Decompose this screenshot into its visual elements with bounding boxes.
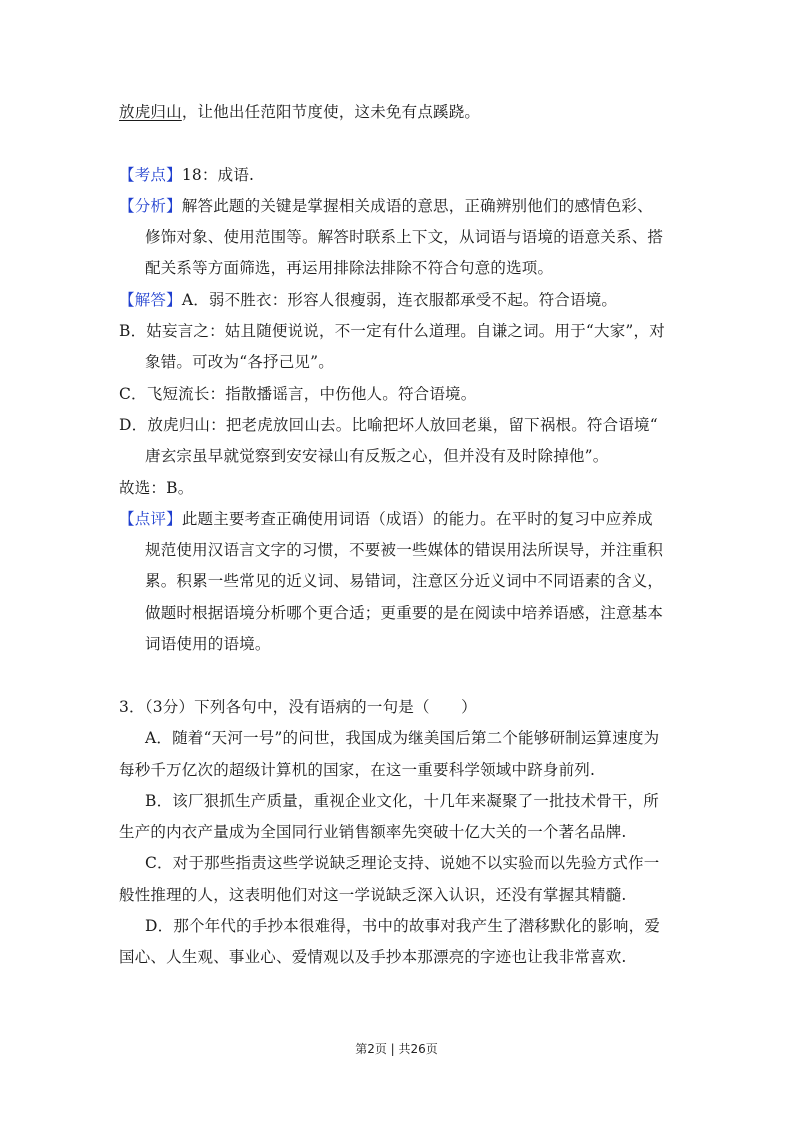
dianping-line-4: 做题时根据语境分析哪个更合适；更重要的是在阅读中培养语感，注意基本 (145, 603, 663, 623)
dianping-line-2: 规范使用汉语言文字的习惯，不要被一些媒体的错误用法所误导，并注重积 (145, 540, 663, 560)
fenxi-text-1: 解答此题的关键是掌握相关成语的意思，正确辨别他们的感情色彩、 (182, 197, 653, 215)
jieda-line-1: 【解答】A．弱不胜衣：形容人很瘦弱，连衣服都承受不起。符合语境。 (119, 290, 617, 310)
underlined-idiom: 放虎归山 (119, 103, 182, 121)
fenxi-line-2: 修饰对象、使用范围等。解答时联系上下文，从词语与语境的语意关系、搭 (145, 227, 663, 247)
question-3-option-c-line-1: C．对于那些指责这些学说缺乏理论支持、说她不以实验而以先验方式作一 (145, 853, 659, 873)
continuation-line: 放虎归山，让他出任范阳节度使，这未免有点蹊跷。 (119, 102, 480, 122)
jieda-option-a: A．弱不胜衣：形容人很瘦弱，连衣服都承受不起。符合语境。 (182, 291, 617, 309)
fenxi-tag: 【分析】 (119, 197, 182, 215)
page-footer: 第2页 | 共26页 (0, 1040, 793, 1057)
dianping-line-1: 【点评】此题主要考查正确使用词语（成语）的能力。在平时的复习中应养成 (119, 509, 653, 529)
continuation-text: ，让他出任范阳节度使，这未免有点蹊跷。 (182, 103, 480, 121)
jieda-option-c: C．飞短流长：指散播谣言，中伤他人。符合语境。 (119, 384, 476, 404)
jieda-option-b-line-1: B．姑妄言之：姑且随便说说，不一定有什么道理。自谦之词。用于“大家”，对 (119, 321, 665, 341)
jieda-option-d-line-2: 唐玄宗虽早就觉察到安安禄山有反叛之心，但并没有及时除掉他”。 (145, 446, 608, 466)
question-3-option-d-line-1: D．那个年代的手抄本很难得，书中的故事对我产生了潜移默化的影响，爱 (145, 916, 660, 936)
fenxi-line-1: 【分析】解答此题的关键是掌握相关成语的意思，正确辨别他们的感情色彩、 (119, 196, 653, 216)
dianping-tag: 【点评】 (119, 510, 182, 528)
dianping-text-1: 此题主要考查正确使用词语（成语）的能力。在平时的复习中应养成 (182, 510, 653, 528)
question-3-option-b-line-2: 生产的内衣产量成为全国同行业销售额率先突破十亿大关的一个著名品牌. (119, 822, 627, 842)
dianping-line-3: 累。积累一些常见的近义词、易错词，注意区分近义词中不同语素的含义， (145, 571, 663, 591)
question-3-option-b-line-1: B．该厂狠抓生产质量，重视企业文化，十几年来凝聚了一批技术骨干，所 (145, 791, 659, 811)
jieda-option-d-line-1: D．放虎归山：把老虎放回山去。比喻把坏人放回老巢，留下祸根。符合语境“ (119, 415, 658, 435)
question-3-option-a-line-2: 每秒千万亿次的超级计算机的国家，在这一重要科学领域中跻身前列. (119, 760, 595, 780)
question-3-option-d-line-2: 国心、人生观、事业心、爱情观以及手抄本那漂亮的字迹也让我非常喜欢. (119, 947, 627, 967)
fenxi-line-3: 配关系等方面筛选，再运用排除法排除不符合句意的选项。 (145, 258, 553, 278)
kaodian-text: 18：成语. (182, 166, 254, 184)
jieda-tag: 【解答】 (119, 291, 182, 309)
dianping-line-5: 词语使用的语境。 (145, 634, 271, 654)
question-3-option-a-line-1: A．随着“天河一号”的问世，我国成为继美国后第二个能够研制运算速度为 (145, 728, 659, 748)
jieda-option-b-line-2: 象错。可改为“各抒己见”。 (145, 352, 334, 372)
jieda-answer: 故选：B。 (119, 478, 193, 498)
kaodian-section: 【考点】18：成语. (119, 165, 254, 185)
kaodian-tag: 【考点】 (119, 166, 182, 184)
question-3-stem: 3．（3分）下列各句中，没有语病的一句是（ ） (119, 697, 477, 717)
question-3-option-c-line-2: 般性推理的人，这表明他们对这一学说缺乏深入认识，还没有掌握其精髓. (119, 885, 627, 905)
